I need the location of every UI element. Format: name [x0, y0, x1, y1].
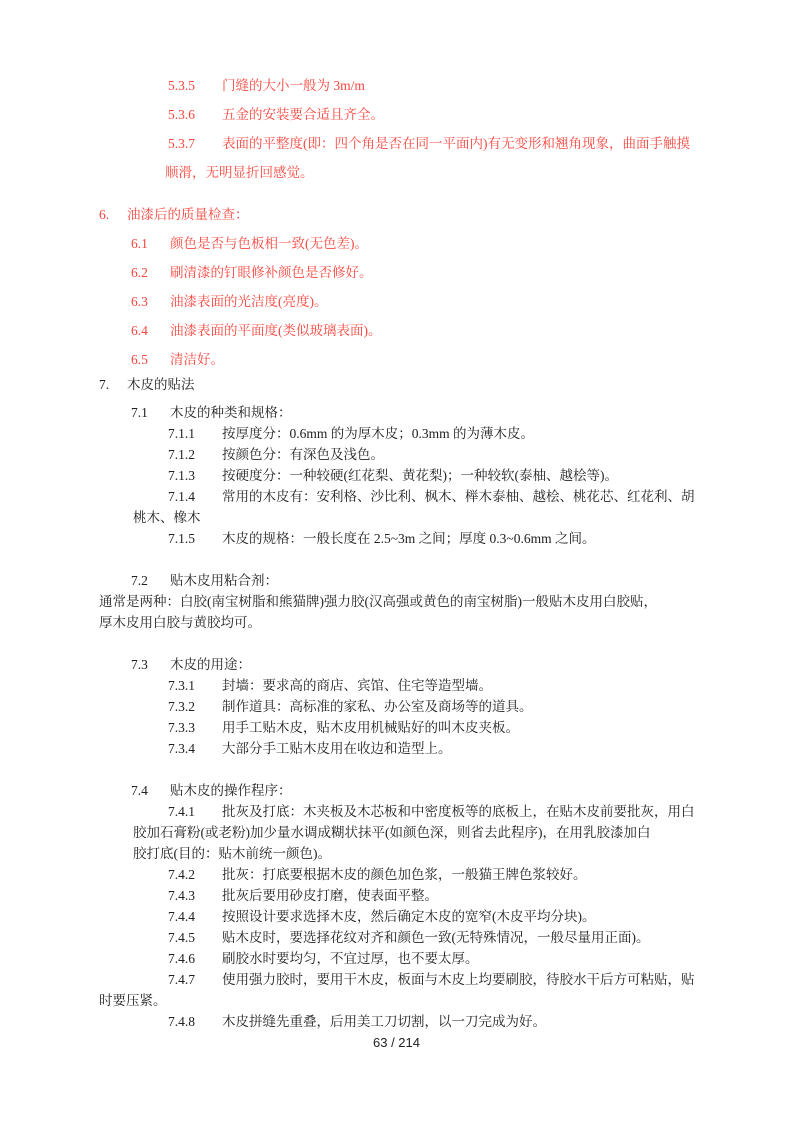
doc-line: 7.1.3按硬度分：一种较硬(红花梨、黄花梨)；一种较软(泰柚、越桧等)。 — [0, 465, 793, 486]
line-text: 时要压紧。 — [99, 990, 167, 1011]
doc-line-wrap: 桃木、橡木 — [0, 507, 793, 528]
doc-line: 7.3.4大部分手工贴木皮用在收边和造型上。 — [0, 738, 793, 759]
doc-line: 7.3.1封墙：要求高的商店、宾馆、住宅等造型墙。 — [0, 675, 793, 696]
doc-line-wrap: 时要压紧。 — [0, 990, 793, 1011]
item-number: 7.3.2 — [168, 696, 222, 717]
doc-line: 7.1.4常用的木皮有：安利格、沙比利、枫木、榉木泰柚、越桧、桃花芯、红花利、胡 — [0, 486, 793, 507]
doc-line: 6.油漆后的质量检查： — [0, 200, 793, 229]
item-number: 5.3.5 — [168, 71, 222, 100]
doc-line-wrap: 通常是两种：白胶(南宝树脂和熊猫牌)强力胶(汉高强或黄色的南宝树脂)一般贴木皮用… — [0, 591, 793, 612]
line-text: 木皮拼缝先重叠，后用美工刀切割，以一刀完成为好。 — [222, 1011, 546, 1032]
item-number: 7.1.4 — [168, 486, 222, 507]
line-text: 清洁好。 — [170, 345, 224, 374]
doc-line: 7.3.3用手工贴木皮，贴木皮用机械贴好的叫木皮夹板。 — [0, 717, 793, 738]
item-number: 7.1.3 — [168, 465, 222, 486]
doc-line: 7.1.2按颜色分：有深色及浅色。 — [0, 444, 793, 465]
line-text: 按厚度分：0.6mm 的为厚木皮；0.3mm 的为薄木皮。 — [222, 423, 534, 444]
document-page: 5.3.5门缝的大小一般为 3m/m5.3.6五金的安装要合适且齐全。5.3.7… — [0, 0, 793, 1122]
item-number: 6. — [99, 200, 127, 229]
line-text: 木皮的用途： — [170, 654, 251, 675]
line-text: 刷清漆的钉眼修补颜色是否修好。 — [170, 258, 373, 287]
doc-line: 7.1木皮的种类和规格： — [0, 402, 793, 423]
document-body: 5.3.5门缝的大小一般为 3m/m5.3.6五金的安装要合适且齐全。5.3.7… — [0, 0, 793, 1032]
doc-line: 7.木皮的贴法 — [0, 374, 793, 395]
doc-line: 7.4.5贴木皮时，要选择花纹对齐和颜色一致(无特殊情况，一般尽量用正面)。 — [0, 927, 793, 948]
item-number: 7.1 — [131, 402, 170, 423]
line-text: 用手工贴木皮，贴木皮用机械贴好的叫木皮夹板。 — [222, 717, 519, 738]
doc-line: 5.3.6五金的安装要合适且齐全。 — [0, 100, 793, 129]
line-text: 顺滑，无明显折回感觉。 — [165, 158, 314, 187]
item-number: 7.3.1 — [168, 675, 222, 696]
doc-line: 7.4.7使用强力胶时，要用干木皮，板面与木皮上均要刷胶，待胶水干后方可粘贴，贴 — [0, 969, 793, 990]
doc-line: 7.4.3批灰后要用砂皮打磨，使表面平整。 — [0, 885, 793, 906]
line-text: 按硬度分：一种较硬(红花梨、黄花梨)；一种较软(泰柚、越桧等)。 — [222, 465, 618, 486]
item-number: 6.2 — [131, 258, 170, 287]
line-text: 贴木皮时，要选择花纹对齐和颜色一致(无特殊情况，一般尽量用正面)。 — [222, 927, 650, 948]
doc-line: 7.1.5木皮的规格：一般长度在 2.5~3m 之间；厚度 0.3~0.6mm … — [0, 528, 793, 549]
doc-line: 6.5清洁好。 — [0, 345, 793, 374]
item-number: 5.3.7 — [168, 129, 222, 158]
doc-line: 7.3.2制作道具：高标准的家私、办公室及商场等的道具。 — [0, 696, 793, 717]
doc-line: 7.4.4按照设计要求选择木皮，然后确定木皮的宽窄(木皮平均分块)。 — [0, 906, 793, 927]
item-number: 7.4 — [131, 780, 170, 801]
line-text: 刷胶水时要均匀，不宜过厚，也不要太厚。 — [222, 948, 479, 969]
doc-line: 7.4.8木皮拼缝先重叠，后用美工刀切割，以一刀完成为好。 — [0, 1011, 793, 1032]
item-number: 7.2 — [131, 570, 170, 591]
doc-line: 5.3.5门缝的大小一般为 3m/m — [0, 71, 793, 100]
line-text: 油漆表面的平面度(类似玻璃表面)。 — [170, 316, 382, 345]
doc-line: 7.4贴木皮的操作程序： — [0, 780, 793, 801]
item-number: 7.4.7 — [168, 969, 222, 990]
line-text: 木皮的种类和规格： — [170, 402, 292, 423]
item-number: 7.4.3 — [168, 885, 222, 906]
line-text: 批灰后要用砂皮打磨，使表面平整。 — [222, 885, 438, 906]
doc-line: 6.3油漆表面的光洁度(亮度)。 — [0, 287, 793, 316]
item-number: 7.1.2 — [168, 444, 222, 465]
item-number: 6.3 — [131, 287, 170, 316]
line-text: 贴木皮的操作程序： — [170, 780, 292, 801]
item-number: 7.1.1 — [168, 423, 222, 444]
line-text: 颜色是否与色板相一致(无色差)。 — [170, 229, 368, 258]
item-number: 6.4 — [131, 316, 170, 345]
doc-line: 6.4油漆表面的平面度(类似玻璃表面)。 — [0, 316, 793, 345]
doc-line: 6.1颜色是否与色板相一致(无色差)。 — [0, 229, 793, 258]
line-text: 批灰：打底要根据木皮的颜色加色浆，一般猫王牌色浆较好。 — [222, 864, 587, 885]
item-number: 7.3.4 — [168, 738, 222, 759]
line-text: 胶打底(目的：贴木前统一颜色)。 — [133, 843, 331, 864]
item-number: 7.3.3 — [168, 717, 222, 738]
line-text: 桃木、橡木 — [133, 507, 201, 528]
line-text: 木皮的贴法 — [127, 374, 195, 395]
line-text: 批灰及打底：木夹板及木芯板和中密度板等的底板上，在贴木皮前要批灰，用白 — [222, 801, 695, 822]
doc-line: 5.3.7表面的平整度(即：四个角是否在同一平面内)有无变形和翘角现象，曲面手触… — [0, 129, 793, 158]
doc-line: 7.1.1按厚度分：0.6mm 的为厚木皮；0.3mm 的为薄木皮。 — [0, 423, 793, 444]
item-number: 7.4.2 — [168, 864, 222, 885]
item-number: 7.4.8 — [168, 1011, 222, 1032]
item-number: 7. — [99, 374, 127, 395]
item-number: 7.1.5 — [168, 528, 222, 549]
line-text: 大部分手工贴木皮用在收边和造型上。 — [222, 738, 452, 759]
item-number: 7.4.4 — [168, 906, 222, 927]
line-text: 贴木皮用粘合剂： — [170, 570, 278, 591]
item-number: 7.3 — [131, 654, 170, 675]
line-text: 常用的木皮有：安利格、沙比利、枫木、榉木泰柚、越桧、桃花芯、红花利、胡 — [222, 486, 695, 507]
line-text: 木皮的规格：一般长度在 2.5~3m 之间；厚度 0.3~0.6mm 之间。 — [222, 528, 595, 549]
item-number: 7.4.6 — [168, 948, 222, 969]
doc-line: 7.2贴木皮用粘合剂： — [0, 570, 793, 591]
line-text: 使用强力胶时，要用干木皮，板面与木皮上均要刷胶，待胶水干后方可粘贴，贴 — [222, 969, 695, 990]
line-text: 通常是两种：白胶(南宝树脂和熊猫牌)强力胶(汉高强或黄色的南宝树脂)一般贴木皮用… — [99, 591, 657, 612]
doc-line: 6.2刷清漆的钉眼修补颜色是否修好。 — [0, 258, 793, 287]
doc-line-wrap: 顺滑，无明显折回感觉。 — [0, 158, 793, 187]
line-text: 油漆后的质量检查： — [127, 200, 249, 229]
doc-line: 7.4.2批灰：打底要根据木皮的颜色加色浆，一般猫王牌色浆较好。 — [0, 864, 793, 885]
item-number: 7.4.1 — [168, 801, 222, 822]
item-number: 5.3.6 — [168, 100, 222, 129]
doc-line-wrap: 胶打底(目的：贴木前统一颜色)。 — [0, 843, 793, 864]
doc-line: 7.3木皮的用途： — [0, 654, 793, 675]
line-text: 胶加石膏粉(或老粉)加少量水调成糊状抹平(如颜色深，则省去此程序)，在用乳胶漆加… — [133, 822, 650, 843]
line-text: 表面的平整度(即：四个角是否在同一平面内)有无变形和翘角现象，曲面手触摸 — [222, 129, 690, 158]
page-number: 63 / 214 — [0, 1032, 793, 1053]
line-text: 按颜色分：有深色及浅色。 — [222, 444, 384, 465]
item-number: 6.5 — [131, 345, 170, 374]
doc-line-wrap: 胶加石膏粉(或老粉)加少量水调成糊状抹平(如颜色深，则省去此程序)，在用乳胶漆加… — [0, 822, 793, 843]
line-text: 制作道具：高标准的家私、办公室及商场等的道具。 — [222, 696, 533, 717]
line-text: 油漆表面的光洁度(亮度)。 — [170, 287, 328, 316]
doc-line: 7.4.1批灰及打底：木夹板及木芯板和中密度板等的底板上，在贴木皮前要批灰，用白 — [0, 801, 793, 822]
line-text: 按照设计要求选择木皮，然后确定木皮的宽窄(木皮平均分块)。 — [222, 906, 596, 927]
line-text: 门缝的大小一般为 3m/m — [222, 71, 365, 100]
line-text: 五金的安装要合适且齐全。 — [222, 100, 384, 129]
doc-line: 7.4.6刷胶水时要均匀，不宜过厚，也不要太厚。 — [0, 948, 793, 969]
item-number: 6.1 — [131, 229, 170, 258]
line-text: 封墙：要求高的商店、宾馆、住宅等造型墙。 — [222, 675, 492, 696]
item-number: 7.4.5 — [168, 927, 222, 948]
doc-line-wrap: 厚木皮用白胶与黄胶均可。 — [0, 612, 793, 633]
line-text: 厚木皮用白胶与黄胶均可。 — [99, 612, 261, 633]
